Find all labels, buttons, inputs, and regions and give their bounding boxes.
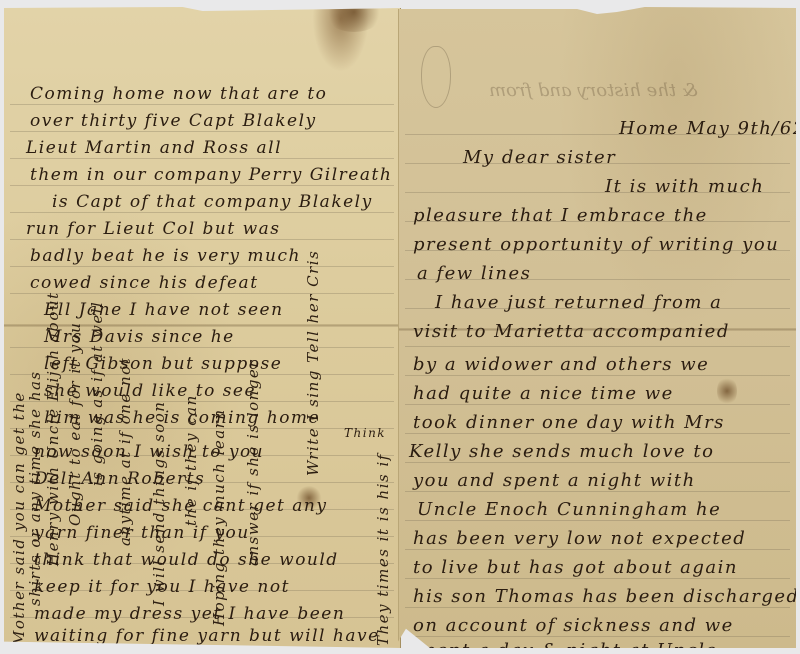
letter-line: think that would do she would <box>34 550 339 570</box>
ruled-line <box>10 266 394 267</box>
letter-line: made my dress yet I have been <box>34 604 345 624</box>
ruled-line <box>405 375 790 376</box>
crosswise-line: Write I sing Tell her Cris <box>304 250 322 476</box>
ruled-line <box>405 491 790 492</box>
letter-line: Kelly she sends much love to <box>409 441 714 462</box>
ruled-line <box>10 293 394 294</box>
letter-line: Ell Jane I have not seen <box>44 300 284 320</box>
ruled-line <box>10 239 394 240</box>
ruled-line <box>405 462 790 463</box>
letter-line: cowed since his defeat <box>30 273 259 293</box>
ruled-line <box>405 433 790 434</box>
ink-stain <box>717 376 737 406</box>
letter-line: them in our company Perry Gilreath <box>30 165 392 185</box>
letter-line: visit to Marietta accompanied <box>413 321 730 342</box>
letter-line: Mrs Davis since he <box>44 327 235 347</box>
letter-line: has been very low not expected <box>413 528 746 549</box>
letter-date-heading: Home May 9th/62 <box>619 118 796 139</box>
letter-line: Mother said she cant get any <box>34 496 327 516</box>
ink-stain <box>324 6 384 32</box>
letter-line: Lieut Martin and Ross all <box>26 138 282 158</box>
letter-line: she would like to see <box>44 381 256 401</box>
letter-line: him was he is coming home <box>44 408 320 428</box>
letter-line: on account of sickness and we <box>413 615 734 636</box>
ruled-line <box>405 520 790 521</box>
letter-line: spent a day & night at Uncle <box>413 640 718 648</box>
embossed-stationery-crest <box>421 46 451 108</box>
letter-line: by a widower and others we <box>413 354 709 375</box>
ruled-line <box>405 636 790 637</box>
letter-line: waiting for fine yarn but will have <box>34 626 380 646</box>
inserted-word: Think <box>344 426 386 440</box>
letter-line: It is with much <box>605 176 764 197</box>
letter-line: yarn finer than if you <box>34 523 250 543</box>
ruled-line <box>405 607 790 608</box>
ruled-line <box>10 158 394 159</box>
ruled-line <box>405 578 790 579</box>
letter-line: took dinner one day with Mrs <box>413 412 725 433</box>
letter-line: present opportunity of writing you <box>413 234 779 255</box>
ruled-line <box>405 346 790 347</box>
ruled-line <box>10 131 394 132</box>
right-page: & the history and from Home May 9th/62 M… <box>398 6 796 648</box>
letter-line: is Capt of that company Blakely <box>52 192 373 212</box>
letter-line: his son Thomas has been discharged <box>413 586 796 607</box>
letter-line: Coming home now that are to <box>30 84 327 104</box>
letter-line: had quite a nice time we <box>413 383 674 404</box>
ruled-line <box>405 404 790 405</box>
crosswise-line: They times it is his if <box>374 453 392 646</box>
letter-line: now soon I wish to you <box>34 442 264 462</box>
letter-line: you and spent a night with <box>413 470 696 491</box>
left-page: Mother said you can get the shirts or an… <box>4 6 401 648</box>
bleed-through-text: & the history and from <box>489 80 698 101</box>
letter-line: left Gibson but suppose <box>44 354 282 374</box>
ruled-line <box>10 185 394 186</box>
letter-line: over thirty five Capt Blakely <box>30 111 317 131</box>
letter-line: I have just returned from a <box>435 292 722 313</box>
letter-line: Uncle Enoch Cunningham he <box>417 499 721 520</box>
letter-line: to live but has got about again <box>413 557 738 578</box>
ruled-line <box>10 104 394 105</box>
letter-line: badly beat he is very much <box>30 246 301 266</box>
letter-line: run for Lieut Col but was <box>26 219 281 239</box>
letter-line: keep it for you I have not <box>34 577 290 597</box>
letter-line: pleasure that I embrace the <box>413 205 708 226</box>
ruled-line <box>405 549 790 550</box>
letter-line: Deli Ann Roberts <box>34 469 205 489</box>
salutation: My dear sister <box>463 147 616 168</box>
ruled-line <box>10 212 394 213</box>
letter-line: a few lines <box>417 263 531 284</box>
